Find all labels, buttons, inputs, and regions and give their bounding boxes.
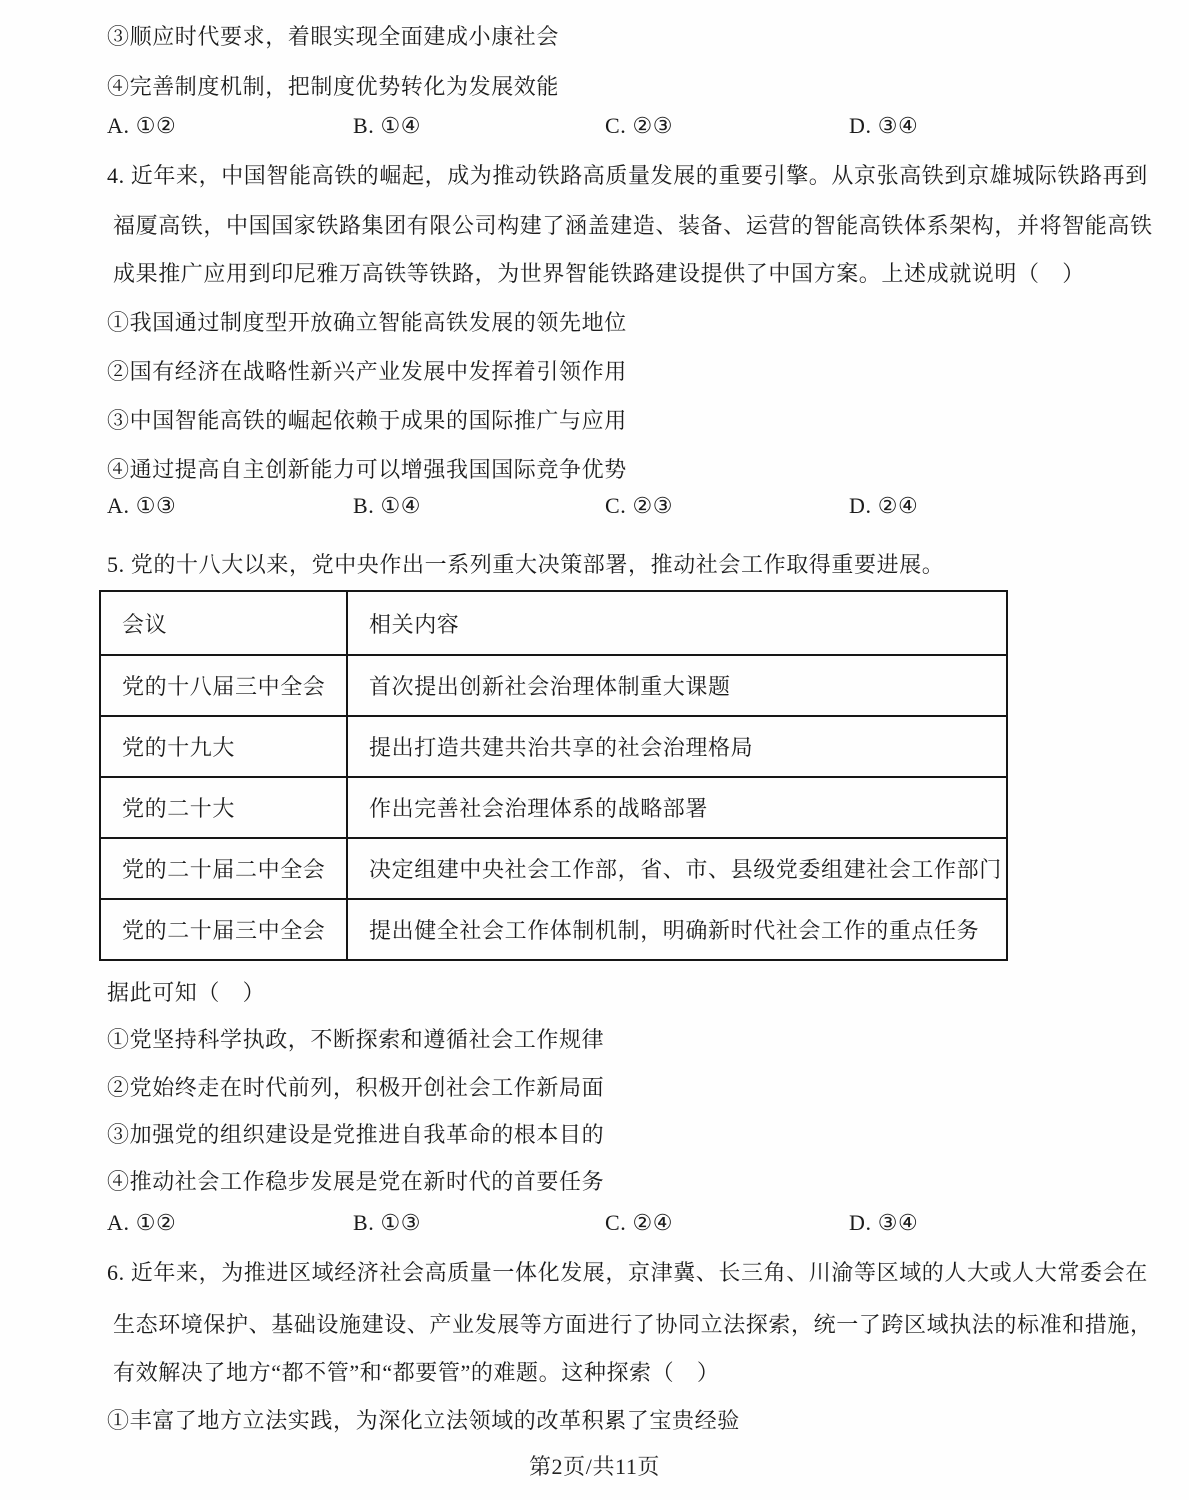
table-cell-content: 首次提出创新社会治理体制重大课题 bbox=[347, 655, 1007, 716]
table-cell-content: 提出健全社会工作体制机制，明确新时代社会工作的重点任务 bbox=[347, 899, 1007, 960]
q5-option-d: D. ③④ bbox=[849, 1198, 918, 1248]
q4-option-c: C. ②③ bbox=[605, 481, 673, 531]
table-cell-meeting: 党的十八届三中全会 bbox=[100, 655, 347, 716]
q5-option-a: A. ①② bbox=[107, 1198, 176, 1248]
table-cell-content: 决定组建中央社会工作部，省、市、县级党委组建社会工作部门 bbox=[347, 838, 1007, 899]
table-cell-content: 提出打造共建共治共享的社会治理格局 bbox=[347, 716, 1007, 777]
q4-text-line-3: 成果推广应用到印尼雅万高铁等铁路，为世界智能铁路建设提供了中国方案。上述成就说明… bbox=[113, 247, 1085, 297]
q3-option-c: C. ②③ bbox=[605, 101, 673, 151]
q4-text-line-1: 4. 近年来，中国智能高铁的崛起，成为推动铁路高质量发展的重要引擎。从京张高铁到… bbox=[107, 149, 1148, 199]
q4-text-line-2: 福厦高铁，中国国家铁路集团有限公司构建了涵盖建造、装备、运营的智能高铁体系架构，… bbox=[113, 199, 1153, 249]
q5-meetings-table: 会议 相关内容 党的十八届三中全会 首次提出创新社会治理体制重大课题 党的十九大… bbox=[99, 590, 1008, 961]
q6-text-line-3: 有效解决了地方“都不管”和“都要管”的难题。这种探索（ ） bbox=[113, 1346, 719, 1396]
table-row: 党的十九大 提出打造共建共治共享的社会治理格局 bbox=[100, 716, 1007, 777]
q4-options-row: A. ①③ B. ①④ C. ②③ D. ②④ bbox=[107, 481, 1169, 531]
q5-statement-2: ②党始终走在时代前列，积极开创社会工作新局面 bbox=[107, 1061, 604, 1111]
table-header-meeting: 会议 bbox=[100, 591, 347, 655]
q3-option-a: A. ①② bbox=[107, 101, 176, 151]
q3-option-b: B. ①④ bbox=[353, 101, 421, 151]
q3-options-row: A. ①② B. ①④ C. ②③ D. ③④ bbox=[107, 101, 1169, 151]
q4-option-b: B. ①④ bbox=[353, 481, 421, 531]
table-row: 党的二十届二中全会 决定组建中央社会工作部，省、市、县级党委组建社会工作部门 bbox=[100, 838, 1007, 899]
table-cell-meeting: 党的二十大 bbox=[100, 777, 347, 838]
table-row: 党的二十届三中全会 提出健全社会工作体制机制，明确新时代社会工作的重点任务 bbox=[100, 899, 1007, 960]
page-number-footer: 第2页/共11页 bbox=[0, 1440, 1189, 1490]
q5-intro: 5. 党的十八大以来，党中央作出一系列重大决策部署，推动社会工作取得重要进展。 bbox=[107, 538, 944, 588]
q4-statement-2: ②国有经济在战略性新兴产业发展中发挥着引领作用 bbox=[107, 345, 627, 395]
q6-text-line-1: 6. 近年来，为推进区域经济社会高质量一体化发展，京津冀、长三角、川渝等区域的人… bbox=[107, 1246, 1148, 1296]
q5-prompt: 据此可知（ ） bbox=[107, 966, 265, 1016]
exam-page: ③顺应时代要求，着眼实现全面建成小康社会 ④完善制度机制，把制度优势转化为发展效… bbox=[0, 0, 1189, 1500]
table-cell-content: 作出完善社会治理体系的战略部署 bbox=[347, 777, 1007, 838]
q5-option-c: C. ②④ bbox=[605, 1198, 673, 1248]
q4-option-d: D. ②④ bbox=[849, 481, 918, 531]
q5-option-b: B. ①③ bbox=[353, 1198, 421, 1248]
q4-option-a: A. ①③ bbox=[107, 481, 176, 531]
table-cell-meeting: 党的十九大 bbox=[100, 716, 347, 777]
q6-statement-1: ①丰富了地方立法实践，为深化立法领域的改革积累了宝贵经验 bbox=[107, 1394, 740, 1444]
q5-options-row: A. ①② B. ①③ C. ②④ D. ③④ bbox=[107, 1198, 1169, 1248]
q3-statement-3: ③顺应时代要求，着眼实现全面建成小康社会 bbox=[107, 10, 559, 60]
q4-statement-3: ③中国智能高铁的崛起依赖于成果的国际推广与应用 bbox=[107, 394, 627, 444]
table-cell-meeting: 党的二十届二中全会 bbox=[100, 838, 347, 899]
q3-option-d: D. ③④ bbox=[849, 101, 918, 151]
q5-statement-1: ①党坚持科学执政，不断探索和遵循社会工作规律 bbox=[107, 1013, 604, 1063]
table-row: 党的二十大 作出完善社会治理体系的战略部署 bbox=[100, 777, 1007, 838]
q4-statement-1: ①我国通过制度型开放确立智能高铁发展的领先地位 bbox=[107, 296, 627, 346]
table-header-row: 会议 相关内容 bbox=[100, 591, 1007, 655]
table-header-content: 相关内容 bbox=[347, 591, 1007, 655]
table-cell-meeting: 党的二十届三中全会 bbox=[100, 899, 347, 960]
q6-text-line-2: 生态环境保护、基础设施建设、产业发展等方面进行了协同立法探索，统一了跨区域执法的… bbox=[113, 1298, 1153, 1348]
q5-statement-3: ③加强党的组织建设是党推进自我革命的根本目的 bbox=[107, 1108, 604, 1158]
table-row: 党的十八届三中全会 首次提出创新社会治理体制重大课题 bbox=[100, 655, 1007, 716]
